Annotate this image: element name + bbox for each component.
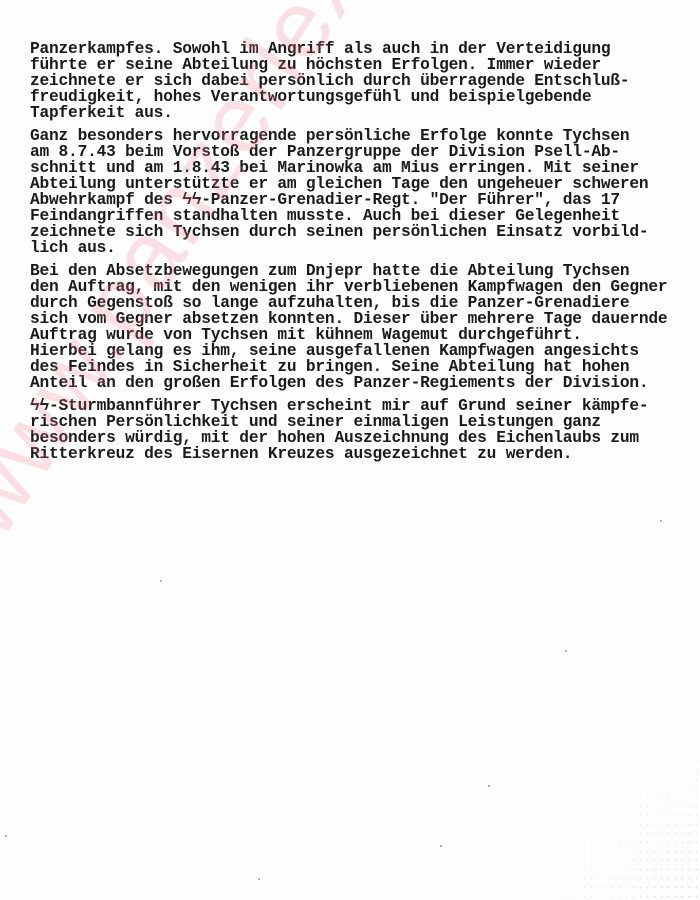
text-line: Feindangriffen standhalten musste. Auch … [30, 208, 700, 224]
text-line: Bei den Absetzbewegungen zum Dnjepr hatt… [30, 263, 700, 279]
document-page: Panzerkampfes. Sowohl im Angriff als auc… [0, 0, 700, 900]
text-line: freudigkeit, hohes Verantwortungsgefühl … [30, 89, 700, 105]
paragraph-4: ϟϟ-Sturmbannführer Tychsen erscheint mir… [30, 398, 700, 462]
text-line: Panzerkampfes. Sowohl im Angriff als auc… [30, 41, 700, 57]
text-line: sich vom Gegner absetzen konnten. Dieser… [30, 311, 700, 327]
paragraph-3: Bei den Absetzbewegungen zum Dnjepr hatt… [30, 263, 700, 391]
text-line: Hierbei gelang es ihm, seine ausgefallen… [30, 343, 700, 359]
text-line: durch Gegenstoß so lange aufzuhalten, bi… [30, 295, 700, 311]
paragraph-1: Panzerkampfes. Sowohl im Angriff als auc… [30, 41, 700, 121]
text-line: Auftrag wurde von Tychsen mit kühnem Wag… [30, 327, 700, 343]
paper-speck [565, 650, 567, 652]
text-line: führte er seine Abteilung zu höchsten Er… [30, 57, 700, 73]
text-line: Abwehrkampf des ϟϟ-Panzer-Grenadier-Regt… [30, 192, 700, 208]
text-line: zeichnete sich Tychsen durch seinen pers… [30, 224, 700, 240]
text-line: Anteil an den großen Erfolgen des Panzer… [30, 375, 700, 391]
text-line: rischen Persönlichkeit und seiner einmal… [30, 414, 700, 430]
text-line: den Auftrag, mit den wenigen ihr verblie… [30, 279, 700, 295]
text-line: Ganz besonders hervorragende persönliche… [30, 128, 700, 144]
paper-speck [488, 785, 490, 787]
paper-speck [5, 835, 7, 837]
text-line: zeichnete er sich dabei persönlich durch… [30, 73, 700, 89]
paper-speck [160, 580, 162, 582]
text-line: Abteilung unterstützte er am gleichen Ta… [30, 176, 700, 192]
text-line: besonders würdig, mit der hohen Auszeich… [30, 430, 700, 446]
text-line: lich aus. [30, 240, 700, 256]
paper-speck [660, 520, 662, 522]
paper-speck [440, 845, 442, 847]
text-line: des Feindes in Sicherheit zu bringen. Se… [30, 359, 700, 375]
paper-speckle-texture [560, 640, 700, 900]
text-line: am 8.7.43 beim Vorstoß der Panzergruppe … [30, 144, 700, 160]
paper-speck [258, 878, 260, 880]
text-line: schnitt und am 1.8.43 bei Marinowka am M… [30, 160, 700, 176]
text-line: Tapferkeit aus. [30, 105, 700, 121]
paragraph-2: Ganz besonders hervorragende persönliche… [30, 128, 700, 256]
text-line: ϟϟ-Sturmbannführer Tychsen erscheint mir… [30, 398, 700, 414]
typewritten-letter-body: Panzerkampfes. Sowohl im Angriff als auc… [30, 41, 700, 469]
text-line: Ritterkreuz des Eisernen Kreuzes ausgeze… [30, 446, 700, 462]
